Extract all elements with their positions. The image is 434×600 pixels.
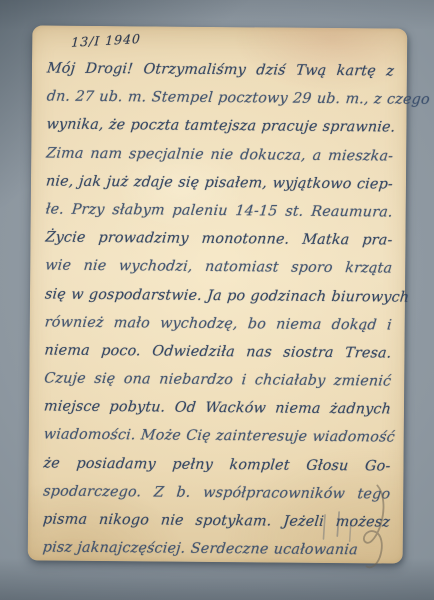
letter-line: Zima nam specjalnie nie dokucza, a miesz… [45,139,395,170]
letter-line: nie, jak już zdaje się pisałem, wyjątkow… [45,167,395,198]
letter-line: pisma nikogo nie spotykam. Jeżeli możesz [42,505,392,536]
letter-line: się w gospodarstwie. Ja po godzinach biu… [44,280,394,311]
letter-line: Życie prowadzimy monotonne. Matka pra- [44,224,394,255]
letter-line: łe. Przy słabym paleniu 14-15 st. Reaumu… [44,195,394,226]
postcard: 13/I 1940 Mój Drogi! Otrzymaliśmy dziś T… [28,25,408,563]
letter-body: 13/I 1940 Mój Drogi! Otrzymaliśmy dziś T… [28,25,408,563]
letter-line: dn. 27 ub. m. Stempel pocztowy 29 ub. m.… [45,83,395,114]
letter-lines: Mój Drogi! Otrzymaliśmy dziś Twą kartę z… [43,55,394,565]
letter-line: również mało wychodzę, bo niema dokąd i [43,308,393,339]
scan-background: 13/I 1940 Mój Drogi! Otrzymaliśmy dziś T… [0,0,434,600]
letter-line: Mój Drogi! Otrzymaliśmy dziś Twą kartę z [46,55,396,86]
letter-line: wynika, że poczta tamtejsza pracuje spra… [45,111,395,142]
letter-line: pisz jaknajczęściej. Serdeczne ucałowani… [41,534,357,565]
letter-line: miejsce pobytu. Od Wacków niema żadnych [43,393,393,424]
letter-line: spodarczego. Z b. współpracowników tego [42,477,392,508]
letter-line: wiadomości. Może Cię zainteresuje wiadom… [42,421,392,452]
letter-date: 13/I 1940 [71,18,394,52]
letter-line: wie nie wychodzi, natomiast sporo krząta [44,252,394,283]
letter-line: że posiadamy pełny komplet Głosu Go- [42,449,392,480]
letter-line: Czuje się ona niebardzo i chciałaby zmie… [43,365,393,396]
letter-line: niema poco. Odwiedziła nas siostra Tresa… [43,336,393,367]
